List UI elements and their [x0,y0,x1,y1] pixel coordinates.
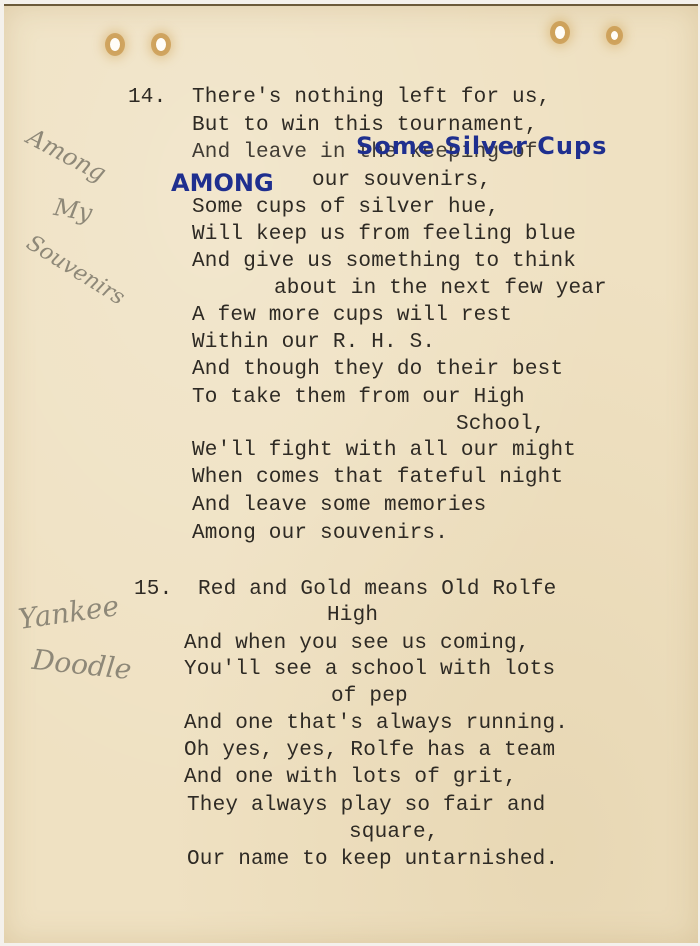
verse-15-line: square, [349,821,439,844]
verse-14-line: And give us something to think [192,250,576,273]
verse-14-line: our souvenirs, [312,169,491,192]
verse-14-line: There's nothing left for us, [192,86,550,109]
verse-15-line: Red and Gold means Old Rolfe [198,578,556,601]
punch-hole [611,31,618,40]
verse-14-line: School, [456,413,546,436]
verse-14-line: We'll fight with all our might [192,439,576,462]
pencil-margin-note: Doodle [31,643,134,686]
punch-hole [110,38,120,51]
verse-14-line: To take them from our High [192,386,525,409]
verse-14-line: A few more cups will rest [192,304,512,327]
verse-15-line: And one that's always running. [184,712,568,735]
verse-15-line: And when you see us coming, [184,632,530,655]
pencil-margin-note: Yankee [16,589,121,636]
verse-15-line: Our name to keep untarnished. [187,848,558,871]
verse-14-number: 14. [128,86,166,109]
verse-15-line: You'll see a school with lots [184,658,555,681]
verse-14-line: Will keep us from feeling blue [192,223,576,246]
pencil-margin-note: Souvenirs [22,231,129,311]
verse-14-line: When comes that fateful night [192,466,563,489]
punch-hole [156,38,166,51]
verse-14-line: Within our R. H. S. [192,331,435,354]
pencil-margin-note: Among [22,123,111,188]
verse-14-line: And leave some memories [192,494,486,517]
verse-14-line: about in the next few year [274,277,607,300]
verse-14-line: Among our souvenirs. [192,522,448,545]
verse-14-line: Some cups of silver hue, [192,196,499,219]
verse-15-line: of pep [331,685,408,708]
ink-correction-text: Some Silver Cups [356,132,607,160]
verse-15-line: They always play so fair and [187,794,545,817]
verse-14-line: And though they do their best [192,358,563,381]
verse-15-line: And one with lots of grit, [184,766,517,789]
ink-correction-prefix: among [171,169,274,197]
verse-15-number: 15. [134,578,172,601]
verse-15-line: Oh yes, yes, Rolfe has a team [184,739,555,762]
verse-15-line: High [327,604,378,627]
typed-page: 14. There's nothing left for us, But to … [4,4,698,943]
pencil-margin-note: My [52,193,94,227]
punch-hole [555,26,565,39]
